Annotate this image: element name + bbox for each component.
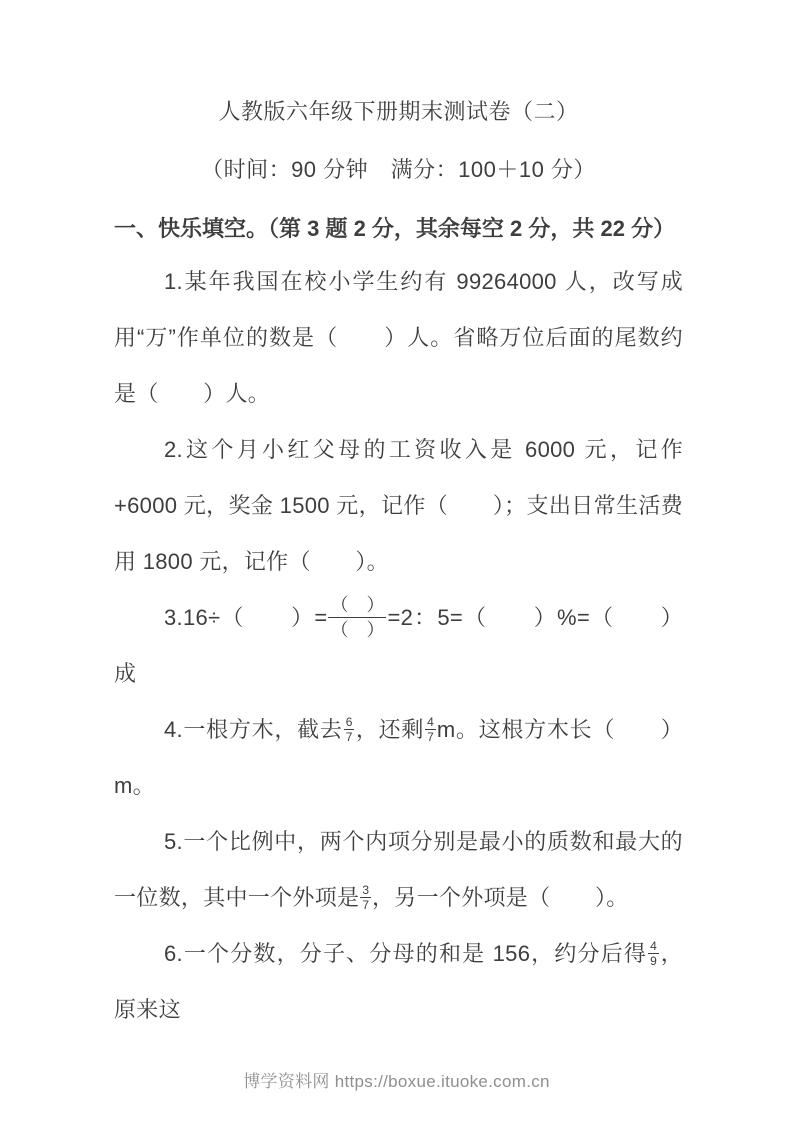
page-subtitle: （时间：90 分钟 满分：100＋10 分） bbox=[114, 154, 683, 186]
question-6: 6.一个分数，分子、分母的和是 156，约分后得49，原来这 bbox=[114, 926, 683, 1038]
section-heading: 一、快乐填空。（第 3 题 2 分，其余每空 2 分，共 22 分） bbox=[114, 212, 683, 246]
fraction-denominator: 9 bbox=[648, 953, 659, 968]
fraction: 49 bbox=[648, 939, 659, 968]
question-1: 1.某年我国在校小学生约有 99264000 人，改写成用“万”作单位的数是（ … bbox=[114, 254, 683, 422]
question-4: 4.一根方木，截去67，还剩47m。这根方木长（ ）m。 bbox=[114, 702, 683, 814]
document-page: 人教版六年级下册期末测试卷（二） （时间：90 分钟 满分：100＋10 分） … bbox=[0, 0, 793, 1122]
question-3: 3.16÷（ ）=（ ）（ ）=2：5=（ ）%=（ ）成 bbox=[114, 590, 683, 702]
fraction: （ ）（ ） bbox=[328, 593, 386, 642]
fraction-numerator: 3 bbox=[360, 883, 371, 897]
fraction-numerator: （ ） bbox=[328, 593, 386, 617]
fraction: 37 bbox=[360, 883, 371, 912]
fraction-denominator: 7 bbox=[425, 729, 436, 744]
fraction-numerator: 4 bbox=[425, 715, 436, 729]
question-5: 5.一个比例中，两个内项分别是最小的质数和最大的一位数，其中一个外项是37，另一… bbox=[114, 814, 683, 926]
fraction: 47 bbox=[425, 715, 436, 744]
footer-watermark: 博学资料网 https://boxue.ituoke.com.cn bbox=[0, 1067, 793, 1092]
fraction-denominator: 7 bbox=[360, 897, 371, 912]
fraction-denominator: （ ） bbox=[328, 617, 386, 642]
fraction: 67 bbox=[344, 715, 355, 744]
fraction-denominator: 7 bbox=[344, 729, 355, 744]
fraction-numerator: 6 bbox=[344, 715, 355, 729]
page-title: 人教版六年级下册期末测试卷（二） bbox=[114, 96, 683, 128]
question-2: 2.这个月小红父母的工资收入是 6000 元，记作+6000 元，奖金 1500… bbox=[114, 422, 683, 590]
questions-list: 1.某年我国在校小学生约有 99264000 人，改写成用“万”作单位的数是（ … bbox=[114, 254, 683, 1038]
fraction-numerator: 4 bbox=[648, 939, 659, 953]
